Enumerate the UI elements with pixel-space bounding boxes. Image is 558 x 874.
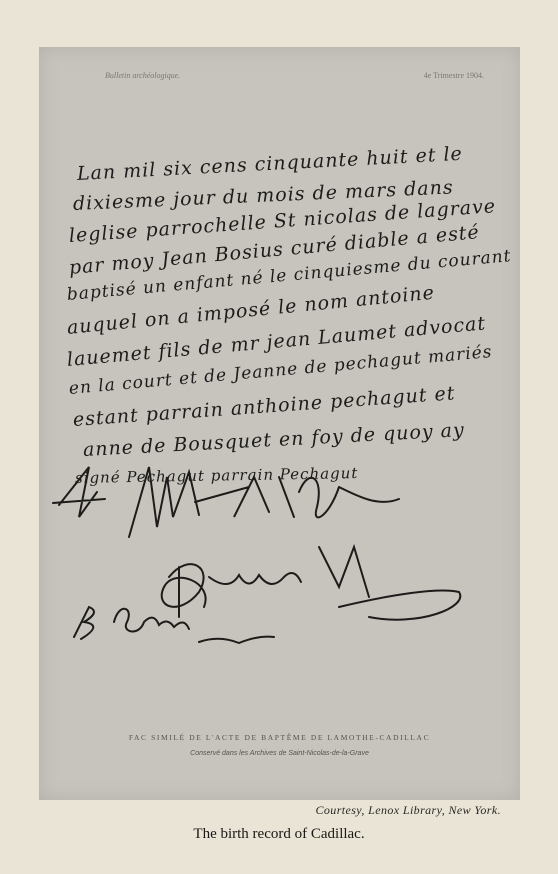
image-credit: Courtesy, Lenox Library, New York. [315,803,501,818]
guiringaud-signature-icon [162,547,461,620]
plate-caption: Fac similé de l'acte de baptême de Lamot… [39,733,520,757]
facsimile-plate: Bulletin archéologique. 4e Trimestre 190… [39,47,520,800]
pechagut-signature-icon [53,467,399,537]
signature-flourishes [39,47,520,800]
archive-note: Conservé dans les Archives de Saint-Nico… [39,750,520,757]
facsimile-title: Fac similé de l'acte de baptême de Lamot… [39,733,520,742]
bosius-signature-icon [74,607,274,643]
figure-caption: The birth record of Cadillac. [0,826,558,843]
